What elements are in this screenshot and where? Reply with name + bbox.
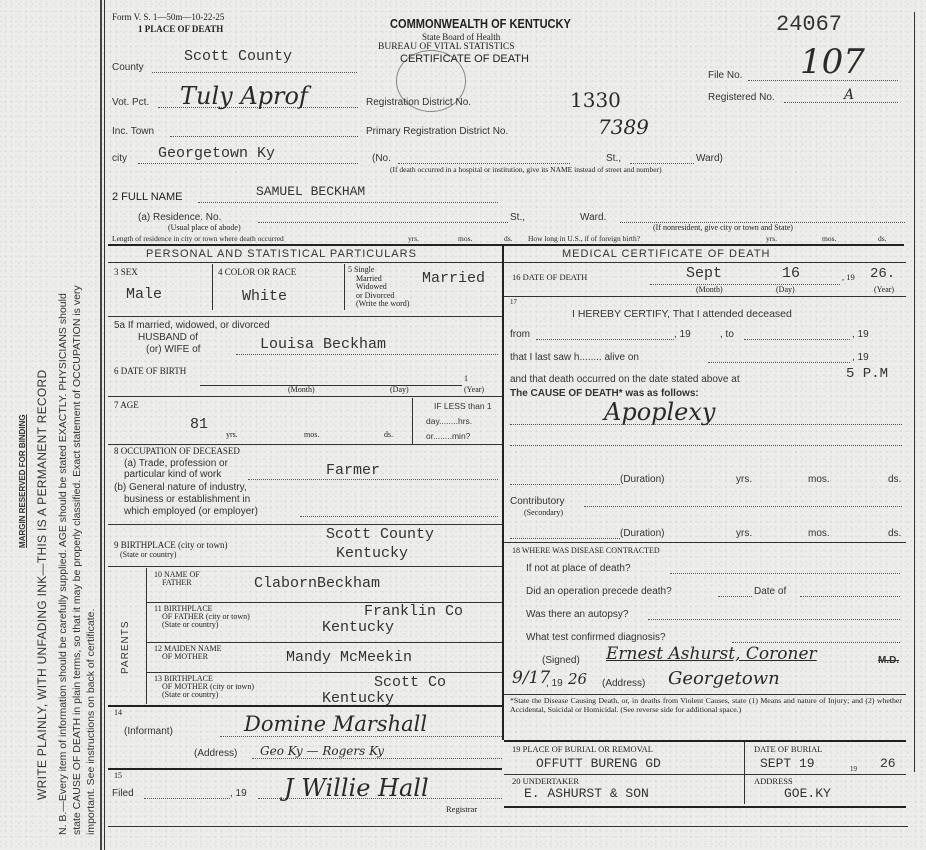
registered-no-value: A [844, 87, 854, 103]
cause-line-2 [510, 445, 902, 446]
not-place-of-death-label: If not at place of death? [526, 563, 631, 574]
undertaker-label: 20 UNDERTAKER [512, 776, 579, 786]
marital-status-value: Married [422, 270, 485, 287]
burial-date-value: SEPT 19 [760, 756, 815, 771]
contributory-duration-label: (Duration) [620, 528, 664, 539]
burial-year-prefix: 19 [850, 765, 857, 773]
registrar-signature: J Willie Hall [284, 774, 429, 802]
informant-address-label: (Address) [194, 748, 237, 759]
signature-date: 9/17 [512, 668, 550, 688]
attended-to-year: , 19 [852, 329, 869, 340]
full-name-line [198, 202, 498, 203]
contributory-yrs: yrs. [736, 528, 752, 539]
primary-registration-label: Primary Registration District No. [366, 126, 508, 137]
date-of-death-label: 16 DATE OF DEATH [512, 272, 587, 282]
less-minutes-label: or........min? [426, 431, 470, 441]
city-label: city [112, 153, 127, 164]
rule [344, 264, 345, 310]
marital-status-labels: 5 Single Married Widowed or Divorced (Wr… [348, 266, 409, 309]
margin-rule [100, 0, 102, 850]
rule [108, 705, 502, 707]
less-hours-label: day........hrs. [426, 416, 472, 426]
informant-line [220, 736, 502, 737]
abode-note: (Usual place of abode) [168, 223, 241, 232]
death-day-label: (Day) [776, 285, 795, 294]
dob-year-label: (Year) [464, 385, 484, 394]
certify-text: I HEREBY CERTIFY, That I attended deceas… [572, 308, 792, 320]
father-label-line-2: FATHER [154, 579, 200, 587]
mother-name-label: 12 MAIDEN NAME OF MOTHER [154, 645, 222, 661]
column-divider [502, 244, 504, 740]
foreign-ds: ds. [878, 234, 887, 243]
autopsy-label: Was there an autopsy? [526, 609, 628, 620]
last-saw-label: that I last saw h........ alive on [510, 352, 639, 363]
foreign-yrs: yrs. [766, 234, 777, 243]
attended-from-label: from [510, 329, 530, 340]
death-certificate: MARGIN RESERVED FOR BINDING WRITE PLAINL… [0, 0, 926, 850]
occupation-a-label-1: (a) Trade, profession or [124, 458, 228, 469]
father-birthplace-state: Kentucky [322, 619, 394, 636]
occupation-label: 8 OCCUPATION OF DECEASED [114, 446, 240, 456]
informant-label: (Informant) [124, 726, 173, 737]
age-ds-label: ds. [384, 430, 393, 439]
spouse-label-1: 5a If married, widowed, or divorced [114, 320, 270, 331]
dob-line [200, 385, 462, 386]
attended-from-year: , 19 [674, 329, 691, 340]
bureau-name: BUREAU OF VITAL STATISTICS [378, 42, 515, 52]
duration-ds: ds. [888, 474, 901, 485]
city-value: Georgetown Ky [158, 145, 275, 162]
medical-section-title: MEDICAL CERTIFICATE OF DEATH [562, 248, 771, 260]
disease-contracted-label: 18 WHERE WAS DISEASE CONTRACTED [512, 546, 660, 555]
filed-year-prefix: , 19 [230, 788, 247, 799]
section-divider [108, 244, 904, 246]
certificate-form: Form V. S. 1—50m—10-22-25 1 PLACE OF DEA… [108, 8, 918, 834]
race-value: White [242, 288, 287, 305]
death-year-label: (Year) [874, 285, 894, 294]
rule [412, 398, 413, 444]
signed-label: (Signed) [542, 655, 580, 666]
spouse-value: Louisa Beckham [260, 336, 386, 353]
spouse-label-3: (or) WIFE of [146, 344, 200, 355]
mother-name-value: Mandy McMeekin [286, 649, 412, 666]
rule [146, 642, 502, 643]
informant-number: 14 [114, 708, 122, 717]
rule [108, 444, 502, 445]
contributory-ds: ds. [888, 528, 901, 539]
age-mos-label: mos. [304, 430, 319, 439]
dob-day-label: (Day) [390, 385, 409, 394]
informant-address-line [252, 758, 502, 759]
last-saw-line [708, 362, 850, 363]
rule [108, 566, 502, 567]
dob-year-value: 1 [464, 374, 468, 383]
margin-instruction-2: N. B.—Every item of information should b… [57, 293, 69, 835]
father-birthplace-city: Franklin Co [364, 603, 463, 620]
margin-instruction-3: state CAUSE OF DEATH in plain terms, so … [71, 285, 83, 835]
burial-date-label: DATE OF BURIAL [754, 744, 822, 754]
street-no-line [398, 163, 570, 164]
residence-yrs: yrs. [408, 234, 419, 243]
rule [108, 262, 502, 263]
physician-signature: Ernest Ashurst, Coroner [606, 644, 817, 664]
race-label: 4 COLOR OR RACE [218, 267, 296, 277]
sex-label: 3 SEX [114, 267, 138, 277]
death-month-label: (Month) [696, 285, 723, 294]
death-month-value: Sept [686, 265, 722, 282]
binding-margin: MARGIN RESERVED FOR BINDING WRITE PLAINL… [0, 0, 105, 850]
rule [504, 806, 906, 808]
residence-street-label: St., [510, 212, 525, 223]
residence-label: (a) Residence. No. [138, 212, 221, 223]
residence-ward-label: Ward. [580, 212, 606, 223]
margin-reserved-text: MARGIN RESERVED FOR BINDING [18, 414, 27, 548]
file-no-value: 107 [800, 42, 865, 82]
operation-line [718, 596, 752, 597]
vot-pct-label: Vot. Pct. [112, 97, 149, 108]
form-right-border [914, 12, 915, 772]
hospital-note: (If death occurred in a hospital or inst… [390, 165, 662, 174]
undertaker-address-value: GOE.KY [784, 786, 831, 801]
attended-to-label: , to [720, 329, 734, 340]
diagnosis-test-line [732, 642, 900, 643]
board-name: State Board of Health [422, 32, 500, 42]
age-label: 7 AGE [114, 400, 139, 410]
length-of-residence-label: Length of residence in city or town wher… [112, 234, 284, 243]
physician-address-value: Georgetown [668, 668, 780, 689]
residence-line [258, 222, 508, 223]
cause-of-death-value: Apoplexy [604, 398, 715, 426]
rule [504, 694, 906, 695]
occupation-value: Farmer [326, 462, 380, 479]
informant-value: Domine Marshall [244, 712, 427, 736]
death-time-value: 5 P.M [846, 366, 888, 382]
attended-to-line [744, 339, 850, 340]
mother-bp-line-3: (State or country) [154, 691, 254, 699]
diagnosis-test-label: What test confirmed diagnosis? [526, 632, 666, 643]
form-number: Form V. S. 1—50m—10-22-25 [112, 12, 224, 22]
street-no-label: (No. [372, 153, 391, 164]
registered-no-line [784, 102, 898, 103]
spouse-line [236, 354, 498, 355]
attended-from-line [536, 339, 674, 340]
inc-town-label: Inc. Town [112, 126, 154, 137]
undertaker-value: E. ASHURST & SON [524, 786, 649, 801]
city-line [138, 163, 358, 164]
vot-pct-value: Tuly Aprof [180, 82, 308, 110]
burial-place-value: OFFUTT BURENG GD [536, 756, 661, 771]
margin-instruction-4: important. See instructions on back of c… [85, 609, 97, 835]
burial-place-label: 19 PLACE OF BURIAL OR REMOVAL [512, 744, 653, 754]
file-no-label: File No. [708, 70, 742, 81]
rule [504, 740, 906, 742]
date-of-death-line [650, 284, 840, 285]
rule [504, 542, 906, 543]
rule [108, 768, 502, 770]
nonresident-note: (If nonresident, give city or town and S… [653, 223, 793, 232]
physician-address-label: (Address) [602, 678, 645, 689]
occupation-b-label-2: business or establishment in [124, 494, 250, 505]
death-time-label: and that death occurred on the date stat… [510, 374, 740, 385]
filed-date-line [144, 798, 230, 799]
age-yrs-label: yrs. [226, 430, 238, 439]
birthplace-state-value: Kentucky [336, 545, 408, 562]
marital-write-note: (Write the word) [348, 300, 409, 309]
age-value: 81 [190, 416, 208, 433]
filed-number: 15 [114, 771, 122, 780]
birthplace-city-value: Scott County [326, 526, 434, 543]
registrar-label: Registrar [446, 804, 477, 814]
rule [108, 396, 502, 397]
registered-no-label: Registered No. [708, 92, 775, 103]
employer-line [300, 516, 498, 517]
contributory-duration-line [510, 538, 620, 539]
filed-label: Filed [112, 788, 134, 799]
rule [744, 742, 745, 804]
dob-month-label: (Month) [288, 385, 315, 394]
less-than-label: IF LESS than 1 [434, 401, 492, 411]
duration-yrs: yrs. [736, 474, 752, 485]
rule [146, 568, 147, 704]
registration-district-label: Registration District No. [366, 97, 471, 108]
residence-mos: mos. [458, 234, 472, 243]
contributory-label: Contributory [510, 496, 564, 507]
not-place-line [670, 573, 900, 574]
rule [146, 672, 502, 673]
occupation-b-label-1: (b) General nature of industry, [114, 482, 247, 493]
signature-year: 26 [568, 670, 587, 688]
mother-birthplace-city: Scott Co [374, 674, 446, 691]
inc-town-line [170, 136, 358, 137]
rule [108, 826, 908, 827]
duration-line [510, 484, 620, 485]
foreign-mos: mos. [822, 234, 836, 243]
ward-line [630, 163, 694, 164]
birthplace-label: 9 BIRTHPLACE (city or town) [114, 540, 227, 550]
undertaker-address-label: ADDRESS [754, 776, 793, 786]
death-year-prefix: , 19 [842, 272, 855, 282]
foreign-birth-label: How long in U.S., if of foreign birth? [528, 234, 640, 243]
margin-instruction-1: WRITE PLAINLY, WITH UNFADING INK—THIS IS… [35, 370, 49, 800]
spouse-label-2: HUSBAND of [138, 332, 198, 343]
full-name-label: 2 FULL NAME [112, 191, 183, 203]
mother-label-line-2: OF MOTHER [154, 653, 222, 661]
md-label: M.D. [878, 655, 899, 666]
autopsy-line [648, 619, 900, 620]
last-saw-year: , 19 [852, 352, 869, 363]
signature-year-prefix: , 19 [546, 678, 563, 689]
occupation-a-label-2: particular kind of work [124, 469, 221, 480]
full-name-value: SAMUEL BECKHAM [256, 184, 365, 199]
street-label: St., [606, 153, 621, 164]
mother-birthplace-label: 13 BIRTHPLACE OF MOTHER (city or town) (… [154, 675, 254, 699]
county-label: County [112, 62, 144, 73]
rule [108, 316, 502, 317]
county-line [152, 72, 357, 73]
secondary-label: (Secondary) [524, 508, 563, 517]
dob-label: 6 DATE OF BIRTH [114, 366, 186, 376]
state-title: COMMONWEALTH OF KENTUCKY [390, 16, 571, 31]
primary-registration-value: 7389 [598, 115, 649, 139]
rule [504, 296, 906, 297]
rule [504, 262, 906, 263]
operation-label: Did an operation precede death? [526, 586, 672, 597]
ward-label: Ward) [696, 153, 723, 164]
contributory-line [584, 506, 902, 507]
cause-footnote: *State the Disease Causing Death, or, in… [510, 696, 902, 714]
residence-ds: ds. [504, 234, 513, 243]
duration-label: (Duration) [620, 474, 664, 485]
rule [212, 264, 213, 310]
birthplace-sub-label: (State or country) [120, 550, 176, 559]
place-of-death-heading: 1 PLACE OF DEATH [138, 24, 223, 34]
county-value: Scott County [184, 48, 292, 65]
burial-year-value: 26 [880, 756, 896, 771]
sex-value: Male [126, 286, 162, 303]
death-day-value: 16 [782, 265, 800, 282]
rule [504, 774, 906, 775]
operation-date-line [800, 596, 900, 597]
informant-address-value: Geo Ky — Rogers Ky [260, 744, 384, 758]
item-17-number: 17 [510, 298, 517, 306]
occupation-b-label-3: which employed (or employer) [124, 506, 258, 517]
contributory-mos: mos. [808, 528, 830, 539]
father-bp-line-3: (State or country) [154, 621, 250, 629]
duration-mos: mos. [808, 474, 830, 485]
registration-district-value: 1330 [570, 88, 621, 112]
father-birthplace-label: 11 BIRTHPLACE OF FATHER (city or town) (… [154, 605, 250, 629]
occupation-line [248, 479, 498, 480]
operation-date-label: Date of [754, 586, 786, 597]
father-name-value: ClabornBeckham [254, 575, 380, 592]
rule [108, 524, 502, 525]
father-name-label: 10 NAME OF FATHER [154, 571, 200, 587]
parents-side-label: PARENTS [120, 621, 131, 675]
death-year-value: 26. [870, 266, 895, 282]
certificate-stamp-number: 24067 [776, 12, 842, 37]
personal-section-title: PERSONAL AND STATISTICAL PARTICULARS [146, 248, 417, 260]
